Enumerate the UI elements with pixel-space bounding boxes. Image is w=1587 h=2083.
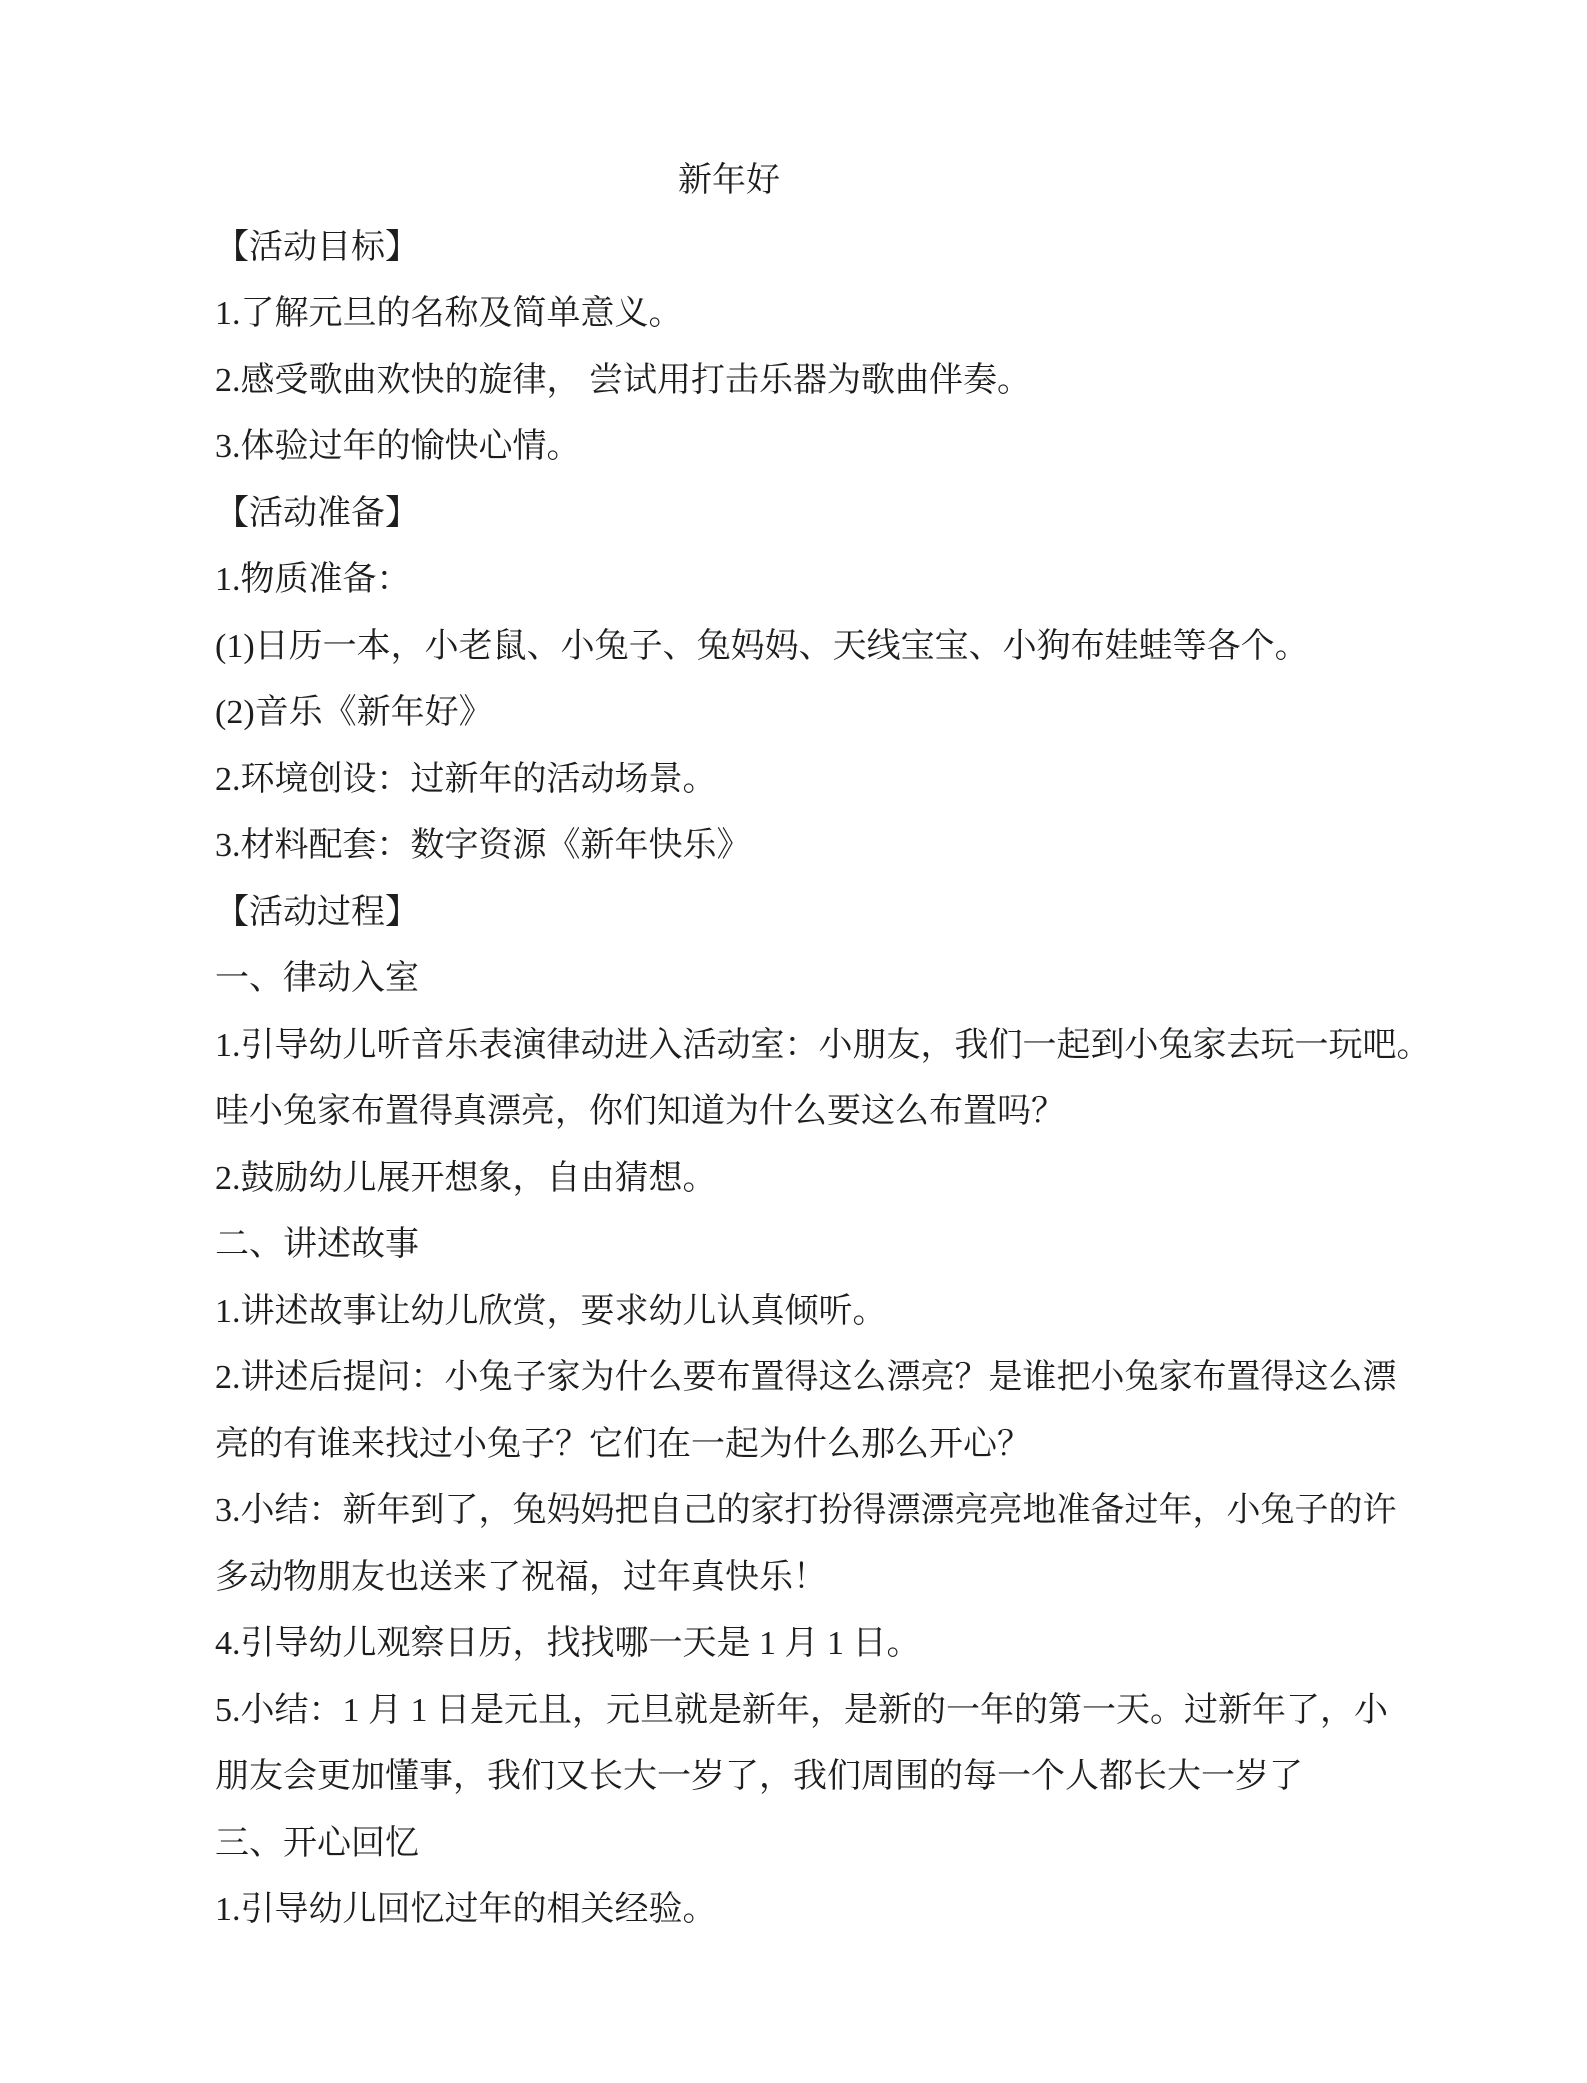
document-page: 新年好 【活动目标】1.了解元旦的名称及简单意义。2.感受歌曲欢快的旋律， 尝试… <box>0 0 1587 2083</box>
paragraph-line: 亮的有谁来找过小兔子？它们在一起为什么那么开心？ <box>215 1412 1375 1479</box>
paragraph-line: 2.讲述后提问：小兔子家为什么要布置得这么漂亮？是谁把小兔家布置得这么漂 <box>215 1345 1375 1412</box>
document-content: 新年好 【活动目标】1.了解元旦的名称及简单意义。2.感受歌曲欢快的旋律， 尝试… <box>215 148 1375 1944</box>
paragraph-line: 1.引导幼儿回忆过年的相关经验。 <box>215 1877 1375 1944</box>
sub-heading: 三、开心回忆 <box>215 1811 1375 1878</box>
paragraph-line: 5.小结：1 月 1 日是元且，元旦就是新年，是新的一年的第一天。过新年了，小 <box>215 1678 1375 1745</box>
paragraph-line: 3.小结：新年到了，兔妈妈把自己的家打扮得漂漂亮亮地准备过年，小兔子的许 <box>215 1478 1375 1545</box>
sub-heading: 一、律动入室 <box>215 946 1375 1013</box>
paragraph-line: 1.讲述故事让幼儿欣赏，要求幼儿认真倾听。 <box>215 1279 1375 1346</box>
paragraph-line: 3.材料配套：数字资源《新年快乐》 <box>215 813 1375 880</box>
paragraph-line: 2.环境创设：过新年的活动场景。 <box>215 747 1375 814</box>
paragraph-line: 1.引导幼儿听音乐表演律动进入活动室：小朋友，我们一起到小兔家去玩一玩吧。 <box>215 1013 1375 1080</box>
paragraph-line: 朋友会更加懂事，我们又长大一岁了，我们周围的每一个人都长大一岁了 <box>215 1744 1375 1811</box>
paragraph-line: (2)音乐《新年好》 <box>215 680 1375 747</box>
paragraph-line: 哇小兔家布置得真漂亮，你们知道为什么要这么布置吗？ <box>215 1079 1375 1146</box>
paragraph-line: 2.感受歌曲欢快的旋律， 尝试用打击乐器为歌曲伴奏。 <box>215 348 1375 415</box>
paragraph-line: 2.鼓励幼儿展开想象，自由猜想。 <box>215 1146 1375 1213</box>
paragraph-line: 1.了解元旦的名称及简单意义。 <box>215 281 1375 348</box>
paragraph-line: 4.引导幼儿观察日历，找找哪一天是 1 月 1 日。 <box>215 1611 1375 1678</box>
paragraph-line: 多动物朋友也送来了祝福，过年真快乐！ <box>215 1545 1375 1612</box>
section-heading: 【活动过程】 <box>215 880 1375 947</box>
section-heading: 【活动目标】 <box>215 215 1375 282</box>
document-title: 新年好 <box>149 148 1309 215</box>
sub-heading: 二、讲述故事 <box>215 1212 1375 1279</box>
paragraph-line: 3.体验过年的愉快心情。 <box>215 414 1375 481</box>
paragraph-line: (1)日历一本，小老鼠、小兔子、兔妈妈、天线宝宝、小狗布娃蛙等各个。 <box>215 614 1375 681</box>
section-heading: 【活动准备】 <box>215 481 1375 548</box>
paragraph-line: 1.物质准备： <box>215 547 1375 614</box>
document-body: 【活动目标】1.了解元旦的名称及简单意义。2.感受歌曲欢快的旋律， 尝试用打击乐… <box>215 215 1375 1944</box>
